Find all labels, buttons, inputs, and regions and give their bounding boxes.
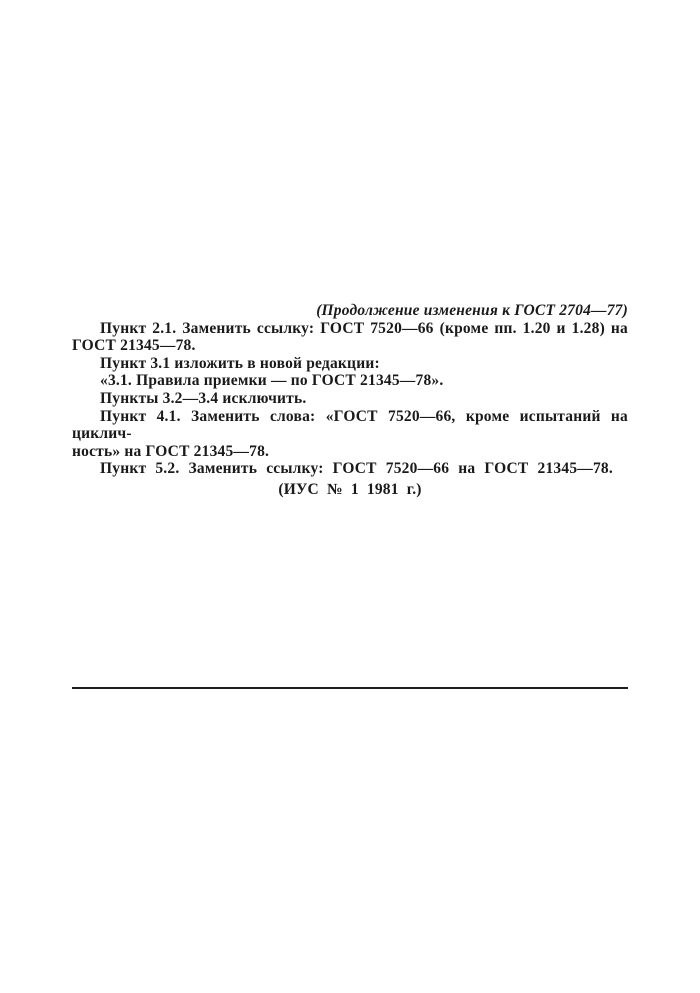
point-3-1-new-wording: «3.1. Правила приемки — по ГОСТ 21345—78… (72, 372, 628, 390)
point-5-2: Пункт 5.2. Заменить ссылку: ГОСТ 7520—66… (72, 460, 628, 478)
points-3-2-to-3-4: Пункты 3.2—3.4 исключить. (72, 390, 628, 408)
scanned-document-page: (Продолжение изменения к ГОСТ 2704—77) П… (0, 0, 700, 993)
footer-divider-rule (72, 687, 628, 689)
point-4-1-line-1: Пункт 4.1. Заменить слова: «ГОСТ 7520—66… (72, 408, 628, 443)
point-2-1-line-1: Пункт 2.1. Заменить ссылку: ГОСТ 7520—66… (72, 320, 628, 338)
point-4-1-line-2: ность» на ГОСТ 21345—78. (72, 443, 628, 461)
point-2-1-line-2: ГОСТ 21345—78. (72, 337, 628, 355)
issue-source-note: (ИУС № 1 1981 г.) (72, 481, 628, 499)
amendment-text-block: (Продолжение изменения к ГОСТ 2704—77) П… (72, 302, 628, 499)
continuation-header: (Продолжение изменения к ГОСТ 2704—77) (72, 302, 628, 320)
point-3-1-instruction: Пункт 3.1 изложить в новой редакции: (72, 355, 628, 373)
